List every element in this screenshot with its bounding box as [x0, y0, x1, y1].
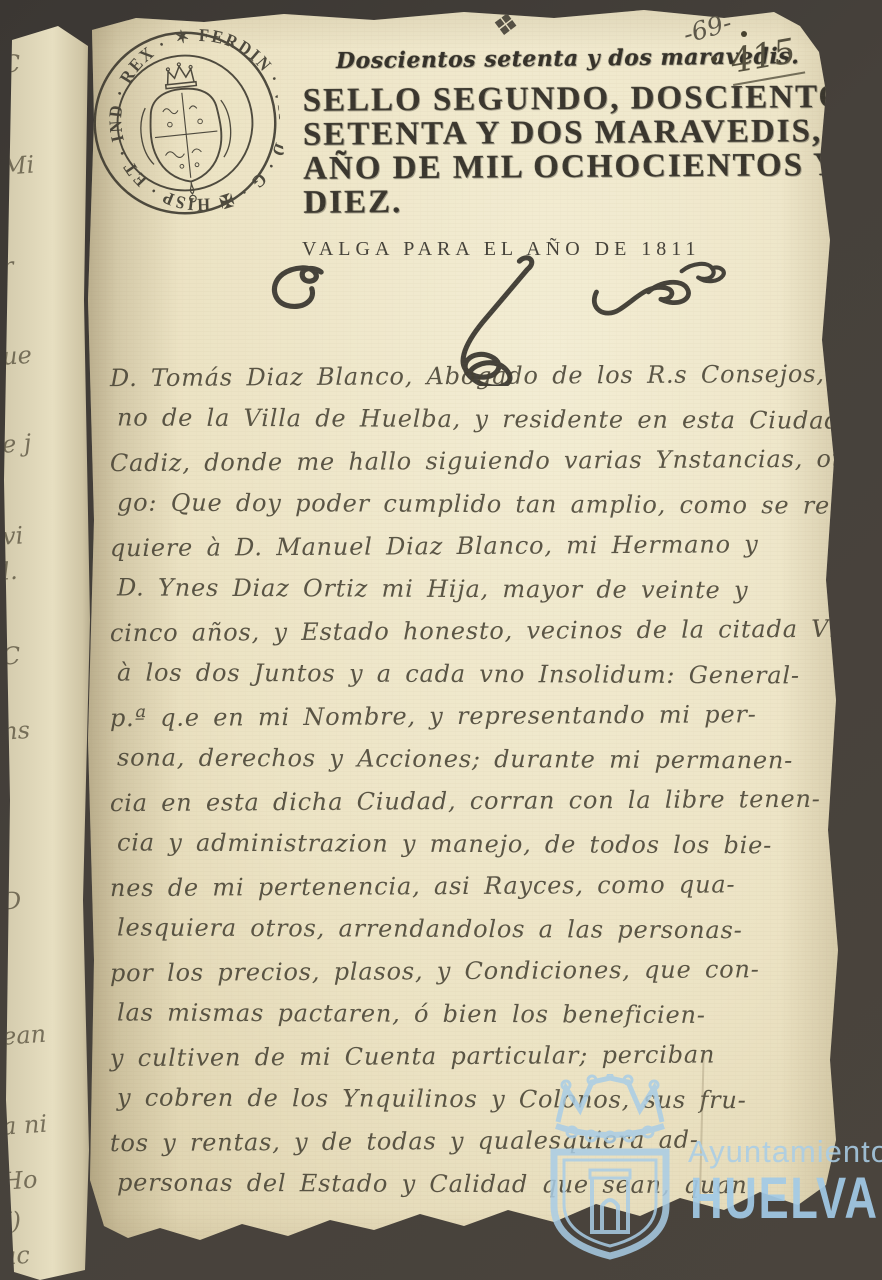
manuscript-line: y cobren de los Ynquilinos y Colonos, su…: [117, 1083, 822, 1129]
ink-dot: [741, 31, 747, 37]
pencil-line: [390, 1223, 792, 1234]
manuscript-line: p.ª q.e en mi Nombre, y representando mi…: [110, 700, 822, 747]
rubric-flourish-icon: [582, 256, 748, 330]
previous-page-edge: C Mi r ue e j vi l. C ns D ean a ni Ho J…: [0, 0, 96, 1280]
stamp-line: DIEZ.: [303, 182, 803, 219]
left-page-fragment: Ho: [1, 1162, 83, 1196]
left-page-fragment: ns: [1, 712, 83, 746]
stamp-line: AÑO DE MIL OCHOCIENTOS Y: [303, 148, 803, 185]
rubric-flourish-icon: [240, 258, 344, 334]
manuscript-line: D. Ynes Diaz Ortiz mi Hija, mayor de vei…: [117, 573, 822, 619]
pencil-line: [318, 1239, 438, 1243]
pencil-line: [128, 1246, 264, 1250]
manuscript-line: personas del Estado y Calidad que sean, …: [117, 1168, 822, 1214]
manuscript-line: lesquiera otros, arrendandolos a las per…: [117, 913, 822, 959]
manuscript-line: las mismas pactaren, ó bien los benefici…: [117, 998, 822, 1044]
manuscript-line: tos y rentas, y de todas y qualesquiera …: [110, 1125, 822, 1172]
manuscript-line: quiere à D. Manuel Diaz Blanco, mi Herma…: [110, 530, 822, 577]
manuscript-line: cia en esta dicha Ciudad, corran con la …: [110, 785, 822, 832]
royal-seal-ferdinand-vii-icon: ✶ FERDIN · VII · D · G · ✠ HISP · ET · I…: [81, 19, 290, 228]
manuscript-line: cia y administrazion y manejo, de todos …: [117, 828, 822, 874]
manuscript-line: nes de mi pertenencia, asi Rayces, como …: [110, 870, 822, 917]
ink-dot: [711, 56, 717, 62]
left-page-fragment: ean: [1, 1017, 83, 1051]
manuscript-page: ✶ FERDIN · VII · D · G · ✠ HISP · ET · I…: [84, 0, 840, 1280]
stamp-denomination-gothic-line: Doscientos setenta y dos maravedis.: [336, 44, 736, 74]
left-page-fragment: C: [1, 637, 83, 671]
left-page-fragment: Mi: [1, 147, 83, 181]
manuscript-line: à los dos Juntos y a cada vno Insolidum:…: [117, 658, 822, 704]
manuscript-line: sona, derechos y Acciones; durante mi pe…: [117, 743, 822, 789]
manuscript-body: D. Tomás Diaz Blanco, Abogado de los R.s…: [110, 362, 822, 1212]
left-page-fragment: vi: [1, 517, 83, 551]
manuscript-line: y cultiven de mi Cuenta particular; perc…: [110, 1040, 822, 1087]
cross-ornament-icon: ❖: [490, 6, 522, 44]
left-page-fragment: e j: [1, 425, 83, 459]
left-page-fragment: C: [1, 45, 83, 79]
left-page-fragment: D: [1, 882, 83, 916]
left-page-fragment: l.: [1, 552, 83, 586]
left-page-fragment: ac: [1, 1237, 83, 1271]
manuscript-line: go: Que doy poder cumplido tan amplio, c…: [117, 488, 822, 534]
left-page-fragment: a ni: [1, 1107, 83, 1141]
left-page-fragment: r: [1, 247, 83, 281]
manuscript-line: D. Tomás Diaz Blanco, Abogado de los R.s…: [110, 360, 822, 407]
manuscript-line: no de la Villa de Huelba, y residente en…: [117, 403, 822, 449]
tax-stamp-text: SELLO SEGUNDO, DOSCIENTOS SETENTA Y DOS …: [303, 80, 804, 219]
manuscript-line: cinco años, y Estado honesto, vecinos de…: [110, 615, 822, 662]
stamp-line: SETENTA Y DOS MARAVEDIS,: [303, 114, 803, 151]
left-page-fragment: ue: [1, 337, 83, 371]
stamp-line: SELLO SEGUNDO, DOSCIENTOS: [303, 80, 803, 117]
manuscript-line: Cadiz, donde me hallo siguiendo varias Y…: [110, 445, 822, 492]
left-page-fragment: J): [1, 1202, 83, 1236]
scanned-document-photo: C Mi r ue e j vi l. C ns D ean a ni Ho J…: [0, 0, 882, 1280]
manuscript-line: por los precios, plasos, y Condiciones, …: [110, 955, 822, 1002]
